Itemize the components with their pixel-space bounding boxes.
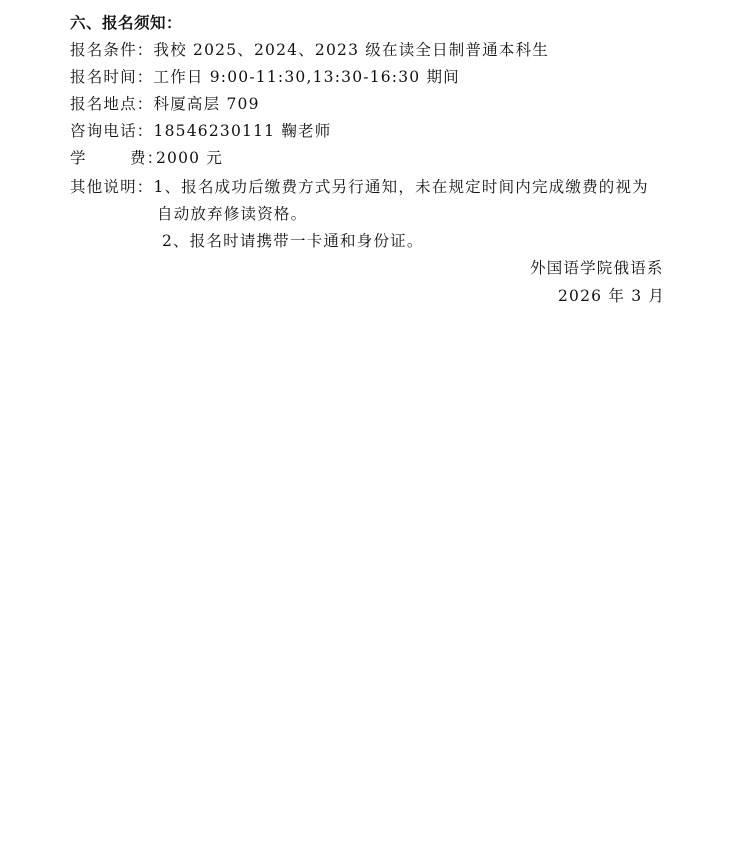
signature-date: 2026 年 3 月 — [558, 286, 665, 306]
eligibility-row: 报名条件：我校 2025、2024、2023 级在读全日制普通本科生 — [70, 40, 549, 60]
registration-time-label: 报名时间： — [70, 67, 154, 87]
signature-department: 外国语学院俄语系 — [530, 258, 664, 278]
tuition-value: 2000 元 — [156, 149, 223, 167]
registration-location-label: 报名地点： — [70, 94, 154, 114]
contact-phone-value: 18546230111 鞠老师 — [154, 122, 332, 140]
registration-location-row: 报名地点：科厦高层 709 — [70, 94, 260, 114]
contact-phone-row: 咨询电话：18546230111 鞠老师 — [70, 121, 331, 141]
registration-location-value: 科厦高层 709 — [154, 95, 260, 113]
eligibility-value: 我校 2025、2024、2023 级在读全日制普通本科生 — [154, 41, 550, 59]
note-1-line-1: 1、报名成功后缴费方式另行通知，未在规定时间内完成缴费的视为 — [154, 178, 649, 196]
section-heading: 六、报名须知： — [70, 13, 182, 33]
other-notes-label: 其他说明： — [70, 177, 154, 197]
other-notes-row: 其他说明：1、报名成功后缴费方式另行通知，未在规定时间内完成缴费的视为 — [70, 177, 649, 197]
note-1-line-2: 自动放弃修读资格。 — [157, 204, 307, 224]
registration-time-row: 报名时间：工作日 9:00-11:30,13:30-16:30 期间 — [70, 67, 460, 87]
registration-time-value: 工作日 9:00-11:30,13:30-16:30 期间 — [154, 68, 460, 86]
tuition-label: 学费： — [70, 148, 156, 168]
note-2: 2、报名时请携带一卡通和身份证。 — [162, 231, 424, 251]
tuition-row: 学费：2000 元 — [70, 148, 223, 168]
eligibility-label: 报名条件： — [70, 40, 154, 60]
contact-phone-label: 咨询电话： — [70, 121, 154, 141]
